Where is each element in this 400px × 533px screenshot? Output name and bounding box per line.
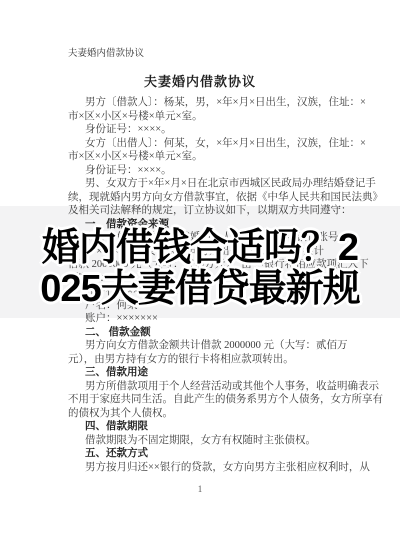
promo-caption: 婚内借钱合适吗？2 025夫妻借贷最新规 (0, 228, 400, 310)
document-line: 男方所借款项用于个人经营活动或其他个人事务，收益明确表示 (68, 380, 350, 394)
document-line: 四、借款期限 (68, 420, 350, 434)
document-line: 及相关司法解释的规定，订立协议如下，以期双方共同遵守： (68, 204, 350, 218)
document-line: 元），由男方持有女方的银行卡将相应款项转出。 (68, 353, 350, 367)
document-line: 女方〔出借人〕：何某，女，×年×月×日出生，汉族，住址：× (68, 137, 350, 151)
document-line: 三、借款用途 (68, 366, 350, 380)
document-line: 二、 借款金额 (68, 326, 350, 340)
document-header-filename: 夫妻婚内借款协议 (68, 45, 144, 59)
document-line: 市×区×小区×号楼×单元×室。 (68, 110, 350, 124)
document-line: 账户：××××××× (68, 312, 350, 326)
promo-caption-line-2: 025夫妻借贷最新规 (0, 269, 400, 310)
page-number: 1 (0, 484, 400, 494)
document-line: 男方按月归还××银行的贷款，女方向男方主张相应权利时，从 (68, 461, 350, 475)
document-line: 五、还款方式 (68, 447, 350, 461)
document-line: 男方向女方借款金额共计借款 2000000 元（大写：贰佰万 (68, 339, 350, 353)
document-line: 市×区×小区×号楼×单元×室。 (68, 150, 350, 164)
document-line: 续，现就婚内男方向女方借款事宜，依据《中华人民共和国民法典》 (68, 191, 350, 205)
document-line: 身份证号：××××。 (68, 164, 350, 178)
document-title: 夫妻婚内借款协议 (0, 71, 400, 90)
document-line: 身份证号：××××。 (68, 123, 350, 137)
document-line: 借款期限为不固定期限，女方有权随时主张债权。 (68, 434, 350, 448)
document-line: 男、女双方于×年×月×日在北京市西城区民政局办理结婚登记手 (68, 177, 350, 191)
document-line: 男方〔借款人〕：杨某，男，×年×月×日出生，汉族，住址：× (68, 96, 350, 110)
document-line: 的债权为其个人债权。 (68, 407, 350, 421)
document-line: 不用于家庭共同生活。自此产生的债务系男方个人债务，女方所享有 (68, 393, 350, 407)
promo-caption-line-1: 婚内借钱合适吗？2 (0, 228, 400, 269)
document-page: 夫妻婚内借款协议 夫妻婚内借款协议 男方〔借款人〕：杨某，男，×年×月×日出生，… (0, 0, 400, 533)
